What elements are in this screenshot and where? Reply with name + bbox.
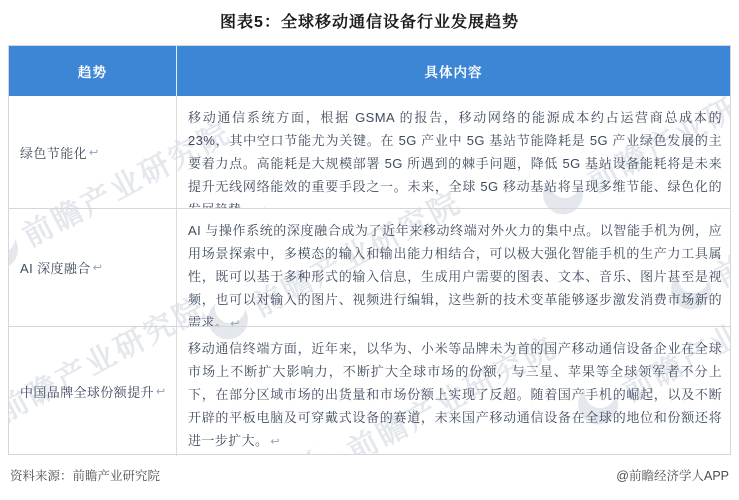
trend-label: AI 深度融合 [20, 258, 91, 277]
content-cell: AI 与操作系统的深度融合成为了近年来移动终端对外火力的集中点。以智能手机为例，… [177, 209, 730, 326]
paragraph-return-mark: ↩ [230, 318, 240, 326]
figure-footer: 资料来源：前瞻产业研究院 @前瞻经济学人APP [10, 466, 729, 484]
paragraph-return-mark: ↩ [89, 146, 99, 159]
table-row: 绿色节能化↩ 移动通信系统方面，根据 GSMA 的报告，移动网络的能源成本约占运… [9, 96, 730, 208]
content-text: 移动通信系统方面，根据 GSMA 的报告，移动网络的能源成本约占运营商总成本的 … [188, 110, 722, 208]
table-header-row: 趋势 具体内容 [9, 46, 730, 96]
figure-title: 图表5：全球移动通信设备行业发展趋势 [0, 9, 739, 32]
column-header-trend: 趋势 [9, 46, 177, 96]
trend-cell: 绿色节能化↩ [9, 96, 177, 208]
trends-table: 前瞻产业研究院 前瞻产业研究院 前瞻产业研究院 前瞻产业研究院 前瞻产业研究院 … [8, 45, 731, 455]
trend-label: 中国品牌全球份额提升 [20, 382, 154, 401]
app-credit: @前瞻经济学人APP [616, 466, 729, 484]
column-header-content: 具体内容 [177, 46, 730, 96]
source-note: 资料来源：前瞻产业研究院 [10, 466, 160, 484]
content-cell: 移动通信终端方面，近年来，以华为、小米等品牌未为首的国产移动通信设备企业在全球市… [177, 327, 730, 456]
table-row: AI 深度融合↩ AI 与操作系统的深度融合成为了近年来移动终端对外火力的集中点… [9, 208, 730, 326]
trend-label: 绿色节能化 [20, 143, 87, 162]
trend-cell: AI 深度融合↩ [9, 209, 177, 326]
report-figure-page: 图表5：全球移动通信设备行业发展趋势 前瞻产业研究院 前瞻产业研究院 前瞻产业研… [0, 0, 739, 500]
table-row: 中国品牌全球份额提升↩ 移动通信终端方面，近年来，以华为、小米等品牌未为首的国产… [9, 326, 730, 456]
content-text: 移动通信终端方面，近年来，以华为、小米等品牌未为首的国产移动通信设备企业在全球市… [188, 341, 722, 448]
trend-cell: 中国品牌全球份额提升↩ [9, 327, 177, 456]
content-text: AI 与操作系统的深度融合成为了近年来移动终端对外火力的集中点。以智能手机为例，… [188, 223, 722, 326]
paragraph-return-mark: ↩ [156, 385, 166, 398]
content-cell: 移动通信系统方面，根据 GSMA 的报告，移动网络的能源成本约占运营商总成本的 … [177, 96, 730, 208]
paragraph-return-mark: ↩ [93, 261, 103, 274]
paragraph-return-mark: ↩ [270, 436, 280, 448]
